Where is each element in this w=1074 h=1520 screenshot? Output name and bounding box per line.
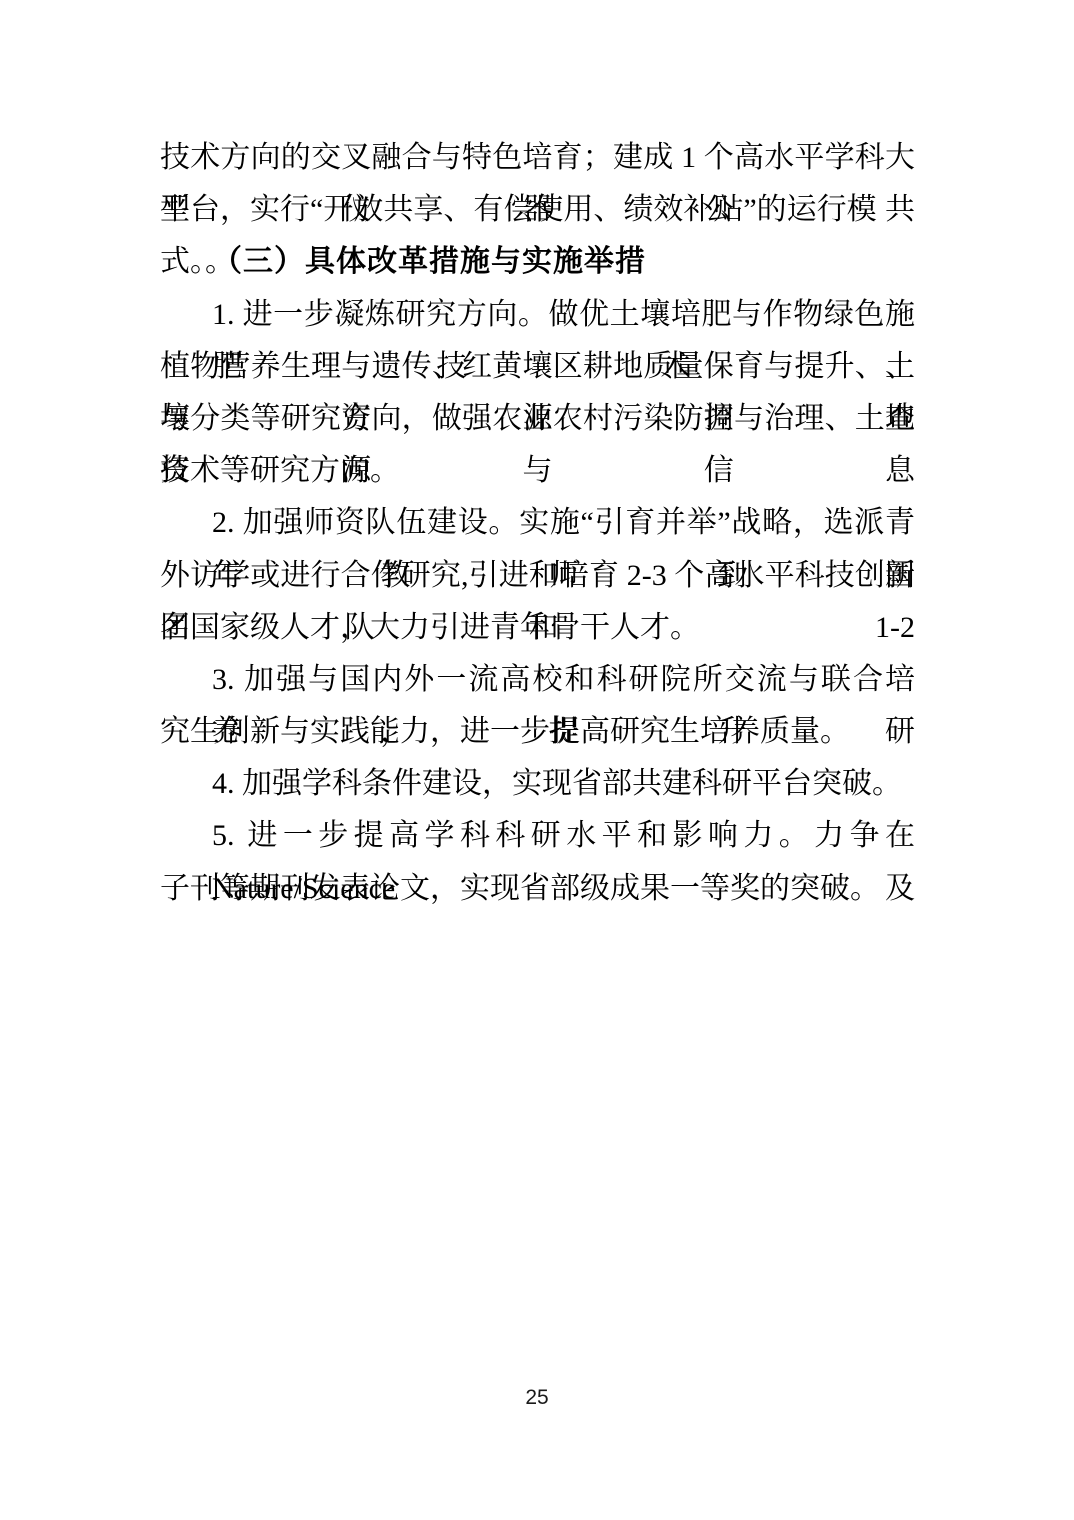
text-line: 3. 加强与国内外一流高校和科研院所交流与联合培养，提升研	[160, 654, 915, 706]
text-line: 4. 加强学科条件建设，实现省部共建科研平台突破。	[160, 758, 915, 810]
paragraph-item-4: 4. 加强学科条件建设，实现省部共建科研平台突破。	[160, 758, 915, 810]
text-line: 究生创新与实践能力，进一步提高研究生培养质量。	[160, 706, 915, 758]
paragraph-continuation: 技术方向的交叉融合与特色培育；建成 1 个高水平学科大型仪器公共平台，实行“开放…	[160, 132, 915, 236]
text-line: 与分类等研究方向，做强农业农村污染防控与治理、土地资源与信息	[160, 393, 915, 445]
document-page: 技术方向的交叉融合与特色培育；建成 1 个高水平学科大型仪器公共平台，实行“开放…	[0, 0, 1074, 1520]
text-line: 植物营养生理与遗传、红黄壤区耕地质量保育与提升、土壤资源调查	[160, 341, 915, 393]
paragraph-item-5: 5. 进一步提高学科科研水平和影响力。力争在 Nature/Science 及子…	[160, 810, 915, 914]
paragraph-item-1: 1. 进一步凝炼研究方向。做优土壤培肥与作物绿色施肥技术、植物营养生理与遗传、红…	[160, 289, 915, 498]
paragraph-item-3: 3. 加强与国内外一流高校和科研院所交流与联合培养，提升研究生创新与实践能力，进…	[160, 654, 915, 758]
text-line: 外访学或进行合作研究,引进和培育 2-3 个高水平科技创新团队和 1-2	[160, 550, 915, 602]
text-line: 平台，实行“开放共享、有偿使用、绩效补贴”的运行模式。。	[160, 184, 915, 236]
text-line: 技术方向的交叉融合与特色培育；建成 1 个高水平学科大型仪器公共	[160, 132, 915, 184]
text-line: 1. 进一步凝炼研究方向。做优土壤培肥与作物绿色施肥技术、	[160, 289, 915, 341]
paragraph-item-2: 2. 加强师资队伍建设。实施“引育并举”战略，选派青年教师到国外访学或进行合作研…	[160, 497, 915, 654]
text-line: 子刊等期刊发表论文，实现省部级成果一等奖的突破。	[160, 863, 915, 915]
text-line: （三）具体改革措施与实施举措	[160, 236, 915, 288]
page-footer: 25	[0, 1386, 1074, 1410]
text-line: 2. 加强师资队伍建设。实施“引育并举”战略，选派青年教师到国	[160, 497, 915, 549]
section-heading: （三）具体改革措施与实施举措	[160, 236, 915, 288]
document-body: 技术方向的交叉融合与特色培育；建成 1 个高水平学科大型仪器公共平台，实行“开放…	[160, 132, 915, 915]
text-line: 5. 进一步提高学科科研水平和影响力。力争在 Nature/Science 及	[160, 810, 915, 862]
page-number: 25	[525, 1386, 548, 1409]
